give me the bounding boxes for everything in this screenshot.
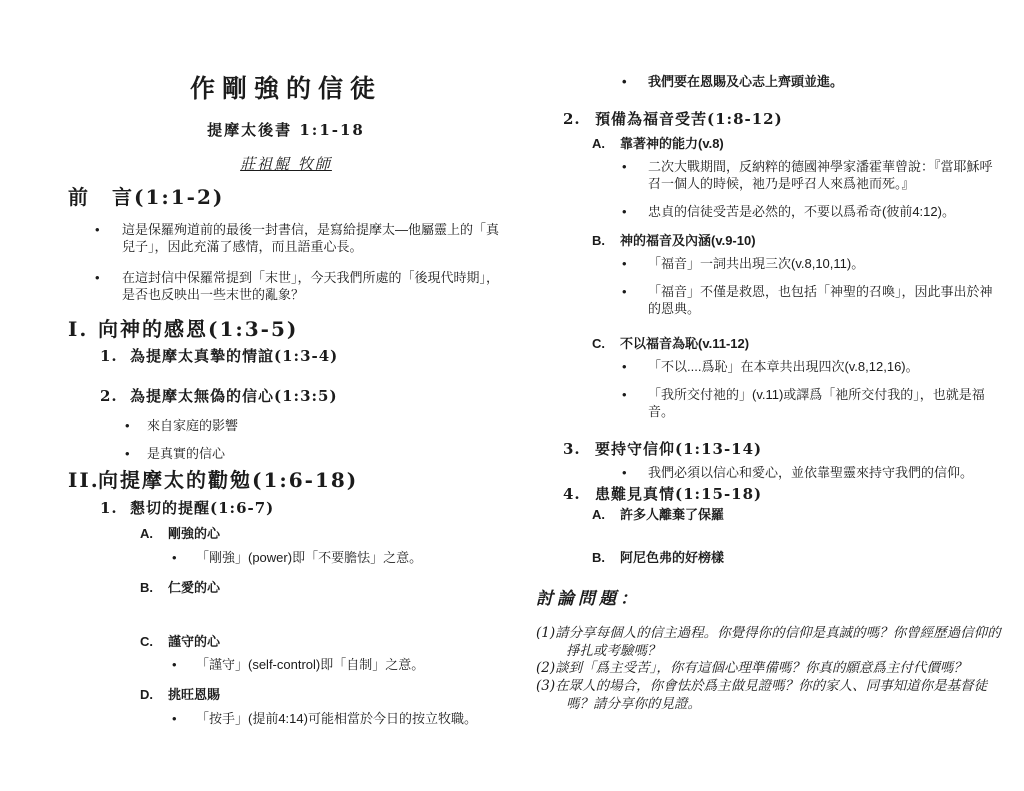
outline-item-text: 為提摩太無偽的信心(1:3:5) [130, 387, 504, 407]
outline-item: 2. 為提摩太無偽的信心(1:3:5) [68, 387, 504, 407]
note-bullet: 「我所交付祂的」(v.11)或譯爲「祂所交付我的」，也就是福音。 [536, 387, 1004, 421]
doc-title: 作剛強的信徒 [68, 74, 504, 104]
bullet-icon [125, 446, 147, 463]
outline-subitem: D. 挑旺恩賜 [68, 687, 504, 704]
item-number-marker: 1. [100, 347, 130, 367]
bullet-icon [622, 204, 648, 221]
bullet-icon [622, 465, 648, 482]
right-column: 我們要在恩賜及心志上齊頭並進。 2. 預備為福音受苦(1:8-12) A. 靠著… [536, 70, 1004, 714]
doc-author: 莊祖鯤 牧師 [68, 155, 504, 173]
bullet-text: 我們要在恩賜及心志上齊頭並進。 [648, 74, 1004, 91]
note-bullet: 「按手」(提前4:14)可能相當於今日的按立牧職。 [68, 711, 504, 728]
outline-subitem-text: 阿尼色弗的好榜樣 [620, 550, 1004, 567]
discussion-heading: 討論問題： [536, 588, 1004, 610]
section-heading-2: II. 向提摩太的勸勉(1:6-18) [68, 468, 504, 492]
outline-subitem-text: 剛強的心 [168, 526, 504, 543]
outline-subitem: A. 剛強的心 [68, 526, 504, 543]
roman-numeral-marker: II. [68, 468, 98, 492]
letter-marker: B. [140, 580, 168, 597]
preface-bullet: 這是保羅殉道前的最後一封書信，是寫給提摩太—他屬靈上的「真兒子」，因此充滿了感情… [68, 222, 504, 256]
section-heading-text: 向提摩太的勸勉(1:6-18) [98, 468, 504, 492]
sermon-outline-page: 作剛強的信徒 提摩太後書 1:1-18 莊祖鯤 牧師 前 言(1:1-2) 這是… [0, 0, 1024, 791]
outline-subitem-text: 神的福音及內涵(v.9-10) [620, 233, 1004, 250]
note-bullet: 「謹守」(self-control)即「自制」之意。 [68, 657, 504, 674]
outline-item-text: 要持守信仰(1:13-14) [595, 440, 1004, 460]
note-bullet: 我們必須以信心和愛心，並依靠聖靈來持守我們的信仰。 [536, 465, 1004, 482]
note-bullet: 忠貞的信徒受苦是必然的，不要以爲希奇(彼前4:12)。 [536, 204, 1004, 221]
outline-subitem: B. 神的福音及內涵(v.9-10) [536, 233, 1004, 250]
discussion-question: (3)在眾人的場合，你會怯於爲主做見證嗎？你的家人、同事知道你是基督徒嗎？請分享… [536, 678, 1004, 714]
bullet-icon [95, 222, 122, 256]
outline-subitem: A. 許多人離棄了保羅 [536, 507, 1004, 524]
bullet-text: 來自家庭的影響 [147, 418, 504, 435]
outline-subitem-text: 許多人離棄了保羅 [620, 507, 1004, 524]
outline-item: 4. 患難見真情(1:15-18) [536, 485, 1004, 505]
item-number-marker: 2. [563, 110, 595, 130]
discussion-questions: (1)請分享每個人的信主過程。你覺得你的信仰是真誠的嗎？你曾經歷過信仰的掙扎或考… [536, 625, 1004, 714]
letter-marker: D. [140, 687, 168, 704]
outline-item-text: 患難見真情(1:15-18) [595, 485, 1004, 505]
outline-item-text: 懇切的提醒(1:6-7) [130, 499, 504, 519]
bullet-icon [95, 270, 122, 304]
item-number-marker: 4. [563, 485, 595, 505]
outline-subitem: B. 仁愛的心 [68, 580, 504, 597]
outline-subitem-text: 仁愛的心 [168, 580, 504, 597]
outline-item: 2. 預備為福音受苦(1:8-12) [536, 110, 1004, 130]
bullet-icon [172, 711, 196, 728]
outline-subitem: C. 謹守的心 [68, 634, 504, 651]
bullet-icon [622, 359, 648, 376]
outline-subitem: A. 靠著神的能力(v.8) [536, 136, 1004, 153]
outline-subitem-text: 靠著神的能力(v.8) [620, 136, 1004, 153]
letter-marker: B. [592, 550, 620, 567]
note-bullet: 「剛強」(power)即「不要膽怯」之意。 [68, 550, 504, 567]
outline-item-text: 為提摩太真摯的情誼(1:3-4) [130, 347, 504, 367]
bullet-text: 「福音」一詞共出現三次(v.8,10,11)。 [648, 256, 1004, 273]
outline-item: 1. 為提摩太真摯的情誼(1:3-4) [68, 347, 504, 367]
note-bullet: 「不以....爲恥」在本章共出現四次(v.8,12,16)。 [536, 359, 1004, 376]
note-bullet: 來自家庭的影響 [68, 418, 504, 435]
bullet-icon [622, 74, 648, 91]
outline-item: 1. 懇切的提醒(1:6-7) [68, 499, 504, 519]
bullet-icon [622, 387, 648, 421]
bullet-icon [172, 550, 196, 567]
note-bullet: 「福音」一詞共出現三次(v.8,10,11)。 [536, 256, 1004, 273]
note-bullet: 我們要在恩賜及心志上齊頭並進。 [536, 74, 1004, 91]
outline-subitem-text: 謹守的心 [168, 634, 504, 651]
bullet-icon [172, 657, 196, 674]
item-number-marker: 2. [100, 387, 130, 407]
section-heading-text: 向神的感恩(1:3-5) [98, 317, 504, 341]
item-number-marker: 1. [100, 499, 130, 519]
bullet-icon [125, 418, 147, 435]
section-heading-1: I. 向神的感恩(1:3-5) [68, 317, 504, 341]
note-bullet: 是真實的信心 [68, 446, 504, 463]
bullet-text: 「不以....爲恥」在本章共出現四次(v.8,12,16)。 [648, 359, 1004, 376]
note-bullet: 二次大戰期間，反納粹的德國神學家潘霍華曾說：『當耶穌呼召一個人的時候，祂乃是呼召… [536, 159, 1004, 193]
bullet-text: 「福音」不僅是救恩，也包括「神聖的召喚」，因此事出於神的恩典。 [648, 284, 1004, 318]
outline-subitem: C. 不以福音為恥(v.11-12) [536, 336, 1004, 353]
roman-numeral-marker: I. [68, 317, 98, 341]
bullet-text: 「按手」(提前4:14)可能相當於今日的按立牧職。 [196, 711, 504, 728]
bullet-text: 「謹守」(self-control)即「自制」之意。 [196, 657, 504, 674]
bullet-text: 在這封信中保羅常提到「末世」，今天我們所處的「後現代時期」，是否也反映出一些末世… [122, 270, 504, 304]
bullet-text: 是真實的信心 [147, 446, 504, 463]
letter-marker: C. [592, 336, 620, 353]
preface-heading: 前 言(1:1-2) [68, 185, 504, 209]
item-number-marker: 3. [563, 440, 595, 460]
bullet-text: 這是保羅殉道前的最後一封書信，是寫給提摩太—他屬靈上的「真兒子」，因此充滿了感情… [122, 222, 504, 256]
discussion-question: (2)談到「爲主受苦」，你有這個心理準備嗎？你真的願意爲主付代價嗎？ [536, 660, 1004, 678]
bullet-text: 忠貞的信徒受苦是必然的，不要以爲希奇(彼前4:12)。 [648, 204, 1004, 221]
letter-marker: C. [140, 634, 168, 651]
outline-subitem-text: 挑旺恩賜 [168, 687, 504, 704]
bullet-text: 我們必須以信心和愛心，並依靠聖靈來持守我們的信仰。 [648, 465, 1004, 482]
letter-marker: A. [592, 136, 620, 153]
discussion-question: (1)請分享每個人的信主過程。你覺得你的信仰是真誠的嗎？你曾經歷過信仰的掙扎或考… [536, 625, 1004, 661]
letter-marker: A. [140, 526, 168, 543]
bullet-icon [622, 284, 648, 318]
outline-subitem-text: 不以福音為恥(v.11-12) [620, 336, 1004, 353]
letter-marker: B. [592, 233, 620, 250]
left-column: 作剛強的信徒 提摩太後書 1:1-18 莊祖鯤 牧師 前 言(1:1-2) 這是… [68, 72, 504, 728]
bullet-text: 二次大戰期間，反納粹的德國神學家潘霍華曾說：『當耶穌呼召一個人的時候，祂乃是呼召… [648, 159, 1004, 193]
outline-item: 3. 要持守信仰(1:13-14) [536, 440, 1004, 460]
note-bullet: 「福音」不僅是救恩，也包括「神聖的召喚」，因此事出於神的恩典。 [536, 284, 1004, 318]
bullet-icon [622, 256, 648, 273]
preface-bullet: 在這封信中保羅常提到「末世」，今天我們所處的「後現代時期」，是否也反映出一些末世… [68, 270, 504, 304]
letter-marker: A. [592, 507, 620, 524]
bullet-text: 「剛強」(power)即「不要膽怯」之意。 [196, 550, 504, 567]
doc-subtitle: 提摩太後書 1:1-18 [68, 121, 504, 139]
bullet-text: 「我所交付祂的」(v.11)或譯爲「祂所交付我的」，也就是福音。 [648, 387, 1004, 421]
outline-subitem: B. 阿尼色弗的好榜樣 [536, 550, 1004, 567]
outline-item-text: 預備為福音受苦(1:8-12) [595, 110, 1004, 130]
bullet-icon [622, 159, 648, 193]
